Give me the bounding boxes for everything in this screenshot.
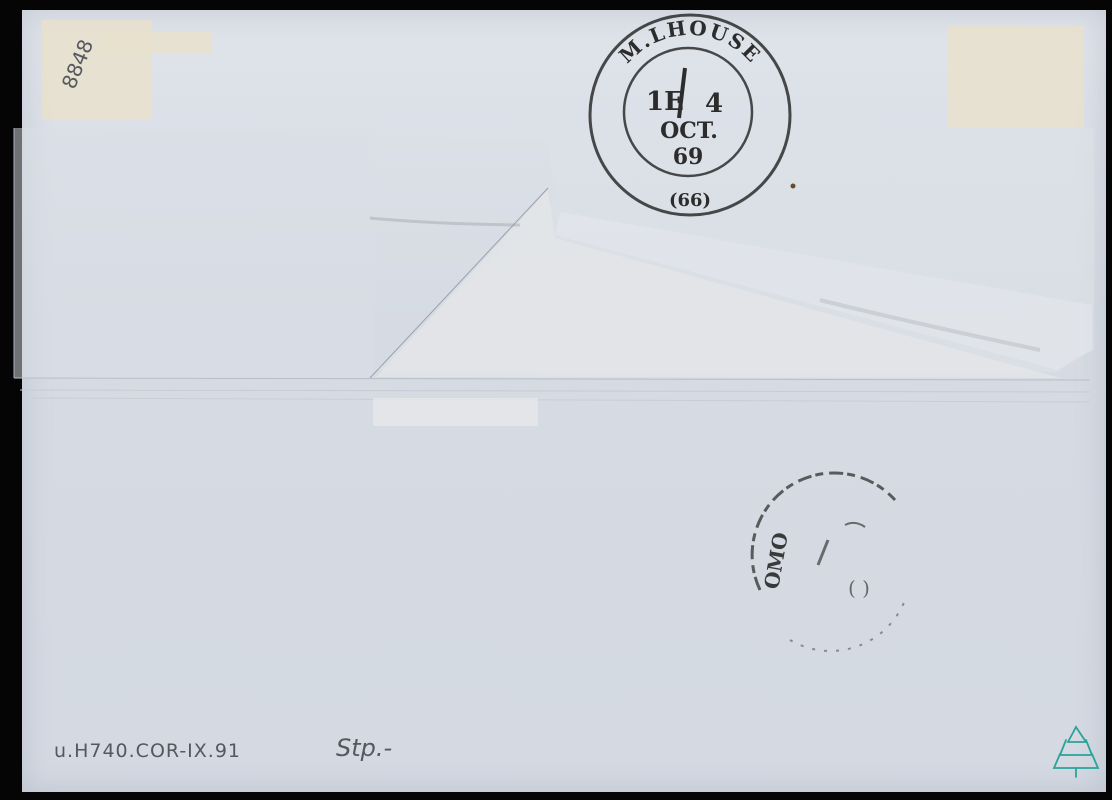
tree-icon (0, 0, 1112, 800)
